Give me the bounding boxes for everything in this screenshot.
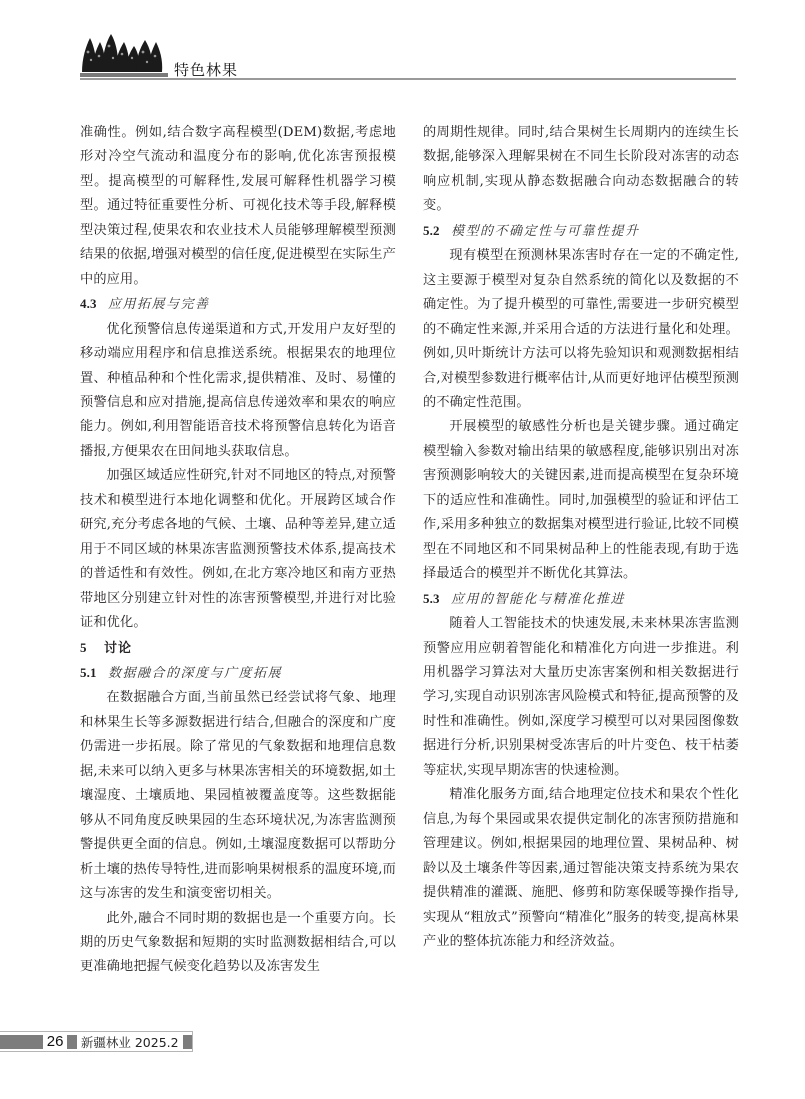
page-header: 特色林果 (80, 30, 736, 80)
paragraph: 随着人工智能技术的快速发展,未来林果冻害监测预警应用应朝着智能化和精准化方向进一… (423, 612, 739, 783)
paragraph: 此外,融合不同时期的数据也是一个重要方向。长期的历史气象数据和短期的实时监测数据… (80, 907, 396, 980)
footer-bar (0, 1035, 43, 1049)
logo-base-bar (80, 73, 168, 77)
heading-number: 5.2 (423, 219, 451, 243)
paragraph: 开展模型的敏感性分析也是关键步骤。通过确定模型输入参数对输出结果的敏感程度,能够… (423, 415, 739, 586)
paragraph: 精准化服务方面,结合地理定位技术和果农个性化信息,为每个果园或果农提供定制化的冻… (423, 783, 739, 954)
heading-title: 数据融合的深度与广度拓展 (108, 666, 282, 681)
paragraph: 准确性。例如,结合数字高程模型(DEM)数据,考虑地形对冷空气流动和温度分布的影… (80, 121, 396, 292)
heading-title: 模型的不确定性与可靠性提升 (451, 224, 640, 239)
heading-number: 4.3 (80, 292, 108, 316)
left-column: 准确性。例如,结合数字高程模型(DEM)数据,考虑地形对冷空气流动和温度分布的影… (80, 121, 396, 980)
paragraph: 的周期性规律。同时,结合果树生长周期内的连续生长数据,能够深入理解果树在不同生长… (423, 121, 739, 219)
footer-square (67, 1035, 76, 1049)
page-footer: 26 新疆林业 2025.2 (0, 1031, 193, 1052)
trees-icon (80, 30, 165, 74)
section-heading-5-1: 5.1数据融合的深度与广度拓展 (80, 661, 396, 686)
journal-name: 新疆林业 2025.2 (81, 1033, 179, 1051)
heading-title: 应用的智能化与精准化推进 (451, 592, 625, 607)
header-rule (80, 78, 736, 80)
paragraph: 加强区域适应性研究,针对不同地区的特点,对预警技术和模型进行本地化调整和优化。开… (80, 464, 396, 635)
footer-square (183, 1035, 192, 1049)
section-heading-5-2: 5.2模型的不确定性与可靠性提升 (423, 219, 739, 244)
heading-title: 讨论 (104, 641, 132, 656)
paragraph: 现有模型在预测林果冻害时存在一定的不确定性,这主要源于模型对复杂自然系统的简化以… (423, 244, 739, 415)
section-heading-5-3: 5.3应用的智能化与精准化推进 (423, 587, 739, 612)
section-heading-4-3: 4.3应用拓展与完善 (80, 292, 396, 317)
heading-number: 5.1 (80, 661, 108, 685)
right-column: 的周期性规律。同时,结合果树生长周期内的连续生长数据,能够深入理解果树在不同生长… (423, 121, 739, 954)
section-name: 特色林果 (174, 59, 238, 80)
heading-number: 5.3 (423, 587, 451, 611)
heading-title: 应用拓展与完善 (108, 297, 210, 312)
paragraph: 在数据融合方面,当前虽然已经尝试将气象、地理和林果生长等多源数据进行结合,但融合… (80, 686, 396, 906)
page-number: 26 (47, 1033, 64, 1050)
heading-number: 5 (80, 636, 104, 660)
section-heading-5: 5讨论 (80, 636, 396, 661)
paragraph: 优化预警信息传递渠道和方式,开发用户友好型的移动端应用程序和信息推送系统。根据果… (80, 318, 396, 465)
